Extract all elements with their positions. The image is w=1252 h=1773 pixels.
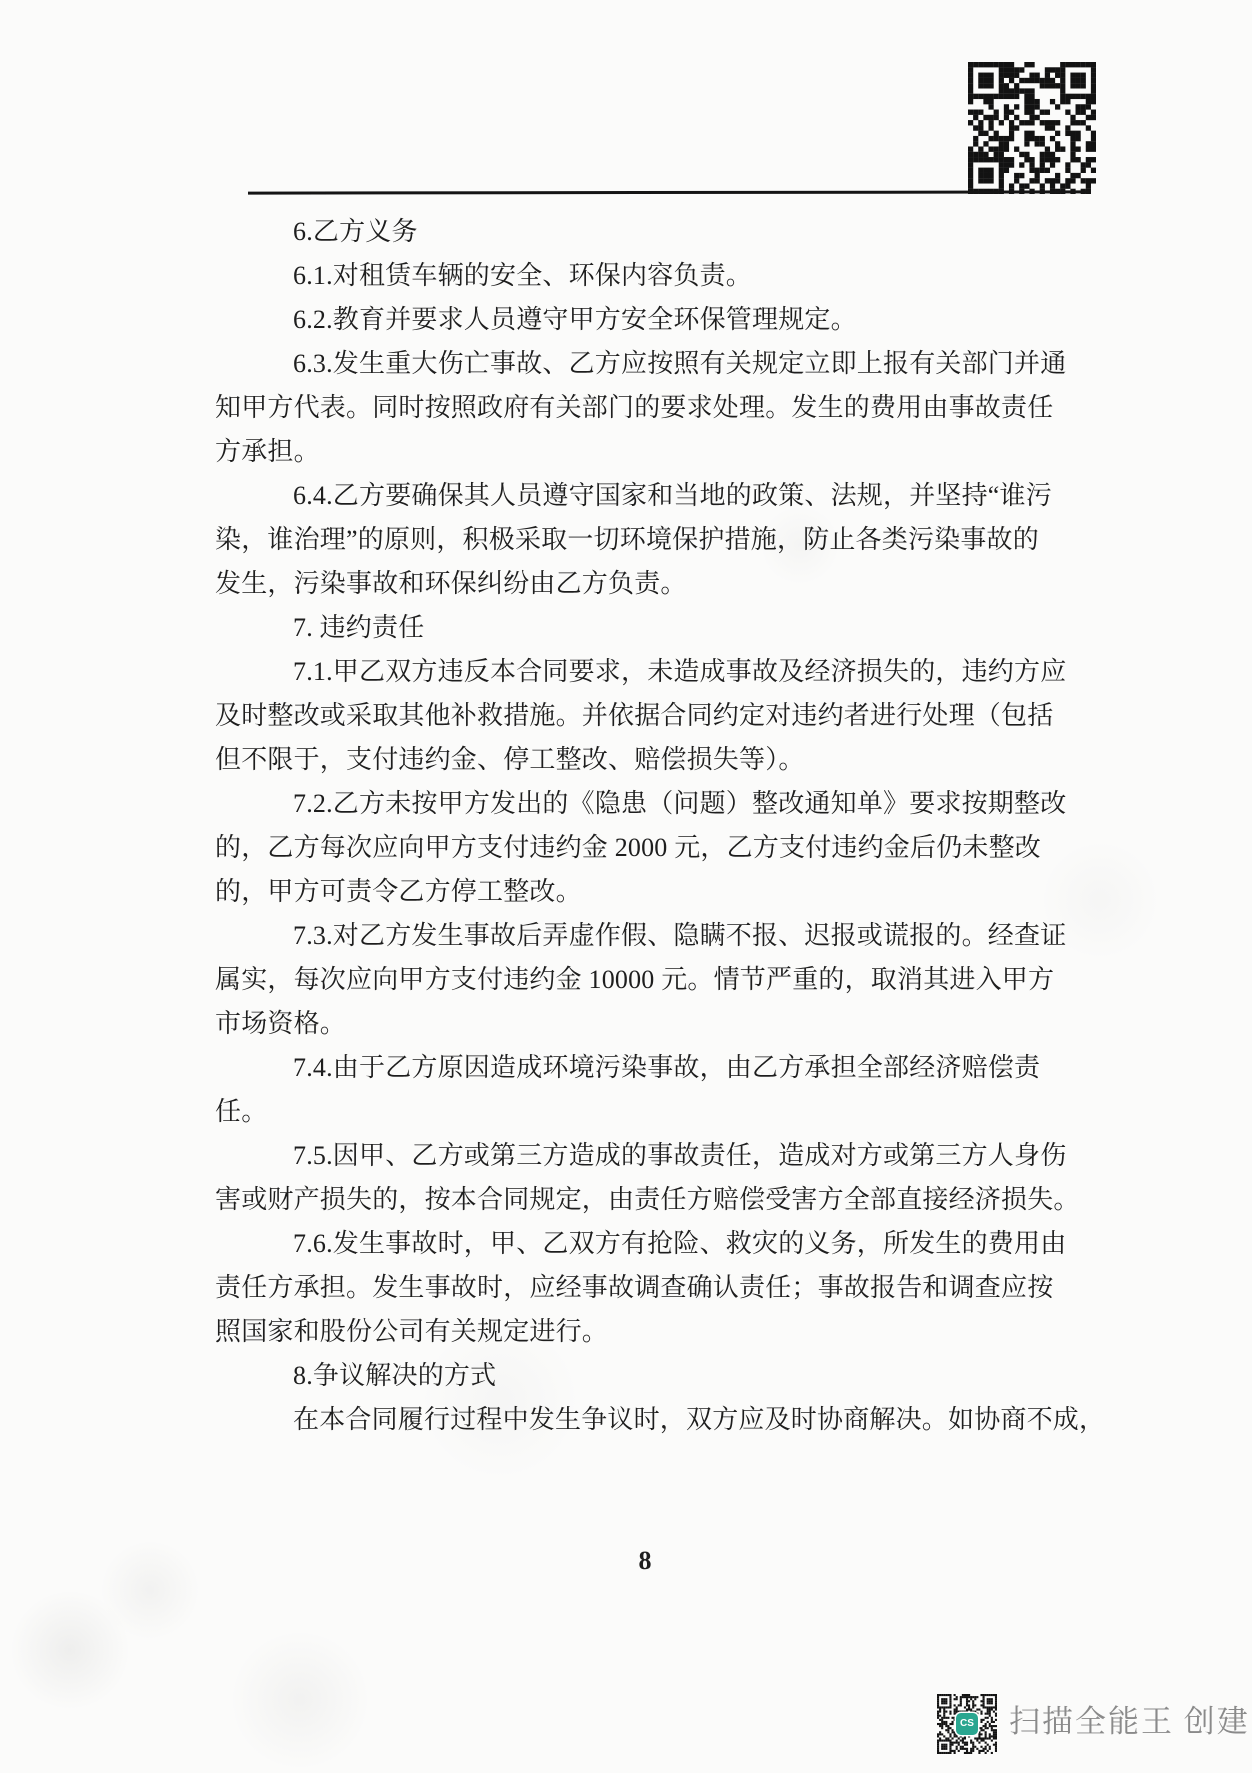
text-line: 在本合同履行过程中发生争议时，双方应及时协商解决。如协商不成， [215, 1398, 1055, 1442]
camscanner-logo-icon: CS [956, 1713, 978, 1735]
page-number: 8 [615, 1546, 675, 1576]
text-line: 照国家和股份公司有关规定进行。 [215, 1310, 1055, 1354]
header-divider [248, 190, 1090, 194]
text-line: 及时整改或采取其他补救措施。并依据合同约定对违约者进行处理（包括 [215, 694, 1055, 738]
text-line: 8.争议解决的方式 [215, 1354, 1055, 1398]
text-line: 市场资格。 [215, 1002, 1055, 1046]
text-line: 7. 违约责任 [215, 606, 1055, 650]
text-line: 6.4.乙方要确保其人员遵守国家和当地的政策、法规，并坚持“谁污 [215, 474, 1055, 518]
watermark-text: 扫描全能王 创建 [1009, 1702, 1250, 1742]
text-line: 发生，污染事故和环保纠纷由乙方负责。 [215, 562, 1055, 606]
text-line: 6.乙方义务 [215, 210, 1055, 254]
scanned-contract-page: 6.乙方义务6.1.对租赁车辆的安全、环保内容负责。6.2.教育并要求人员遵守甲… [0, 0, 1252, 1773]
text-line: 任。 [215, 1090, 1055, 1134]
text-line: 7.6.发生事故时，甲、乙双方有抢险、救灾的义务，所发生的费用由 [215, 1222, 1055, 1266]
text-line: 方承担。 [215, 430, 1055, 474]
text-line: 但不限于，支付违约金、停工整改、赔偿损失等）。 [215, 738, 1055, 782]
text-line: 的，乙方每次应向甲方支付违约金 2000 元，乙方支付违约金后仍未整改 [215, 826, 1055, 870]
text-line: 知甲方代表。同时按照政府有关部门的要求处理。发生的费用由事故责任 [215, 386, 1055, 430]
text-line: 6.1.对租赁车辆的安全、环保内容负责。 [215, 254, 1055, 298]
text-line: 7.1.甲乙双方违反本合同要求，未造成事故及经济损失的，违约方应 [215, 650, 1055, 694]
text-line: 属实，每次应向甲方支付违约金 10000 元。情节严重的，取消其进入甲方 [215, 958, 1055, 1002]
text-line: 7.4.由于乙方原因造成环境污染事故，由乙方承担全部经济赔偿责 [215, 1046, 1055, 1090]
text-line: 7.5.因甲、乙方或第三方造成的事故责任，造成对方或第三方人身伤 [215, 1134, 1055, 1178]
text-line: 的，甲方可责令乙方停工整改。 [215, 870, 1055, 914]
contract-text: 6.乙方义务6.1.对租赁车辆的安全、环保内容负责。6.2.教育并要求人员遵守甲… [215, 210, 1055, 1442]
text-line: 染，谁治理”的原则，积极采取一切环境保护措施，防止各类污染事故的 [215, 518, 1055, 562]
text-line: 6.3.发生重大伤亡事故、乙方应按照有关规定立即上报有关部门并通 [215, 342, 1055, 386]
text-line: 6.2.教育并要求人员遵守甲方安全环保管理规定。 [215, 298, 1055, 342]
text-line: 7.3.对乙方发生事故后弄虚作假、隐瞒不报、迟报或谎报的。经查证 [215, 914, 1055, 958]
document-qr-code [968, 62, 1096, 194]
text-line: 7.2.乙方未按甲方发出的《隐患（问题）整改通知单》要求按期整改 [215, 782, 1055, 826]
text-line: 责任方承担。发生事故时，应经事故调查确认责任；事故报告和调查应按 [215, 1266, 1055, 1310]
text-line: 害或财产损失的，按本合同规定，由责任方赔偿受害方全部直接经济损失。 [215, 1178, 1055, 1222]
